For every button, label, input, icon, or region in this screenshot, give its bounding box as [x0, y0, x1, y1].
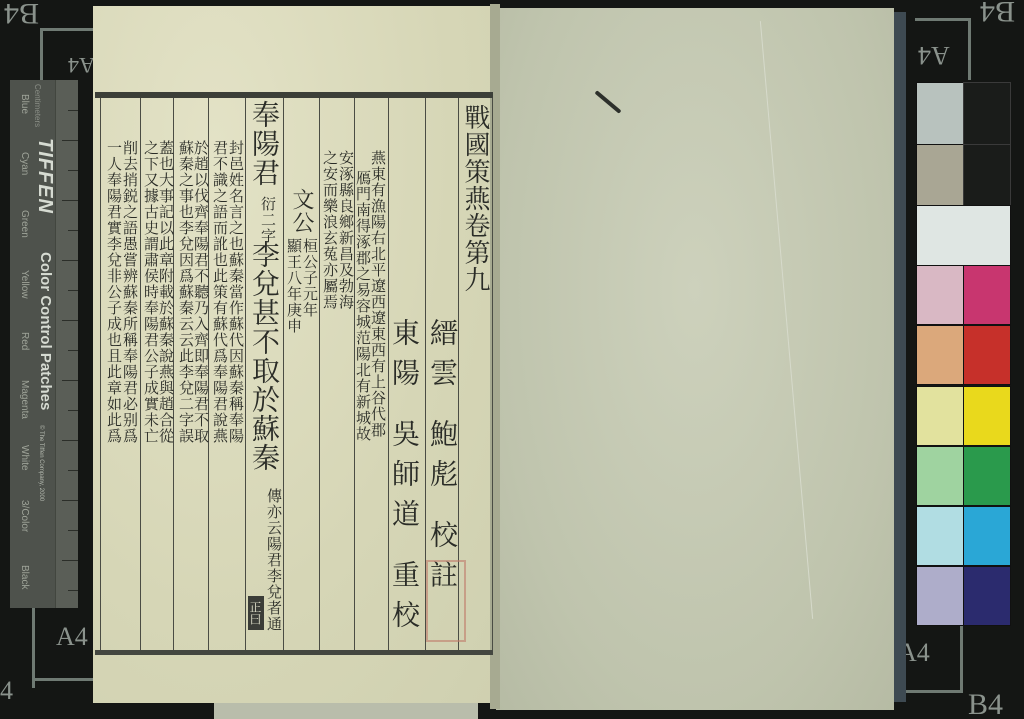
- right-page-shadow: [894, 12, 906, 702]
- column-rule: [140, 98, 141, 650]
- annotation-column: 之安而樂浪玄菟亦屬焉: [322, 150, 337, 310]
- patch-label-magenta: Magenta: [19, 380, 30, 419]
- swatch-cyan: [963, 506, 1011, 566]
- commentator-wu-shidao: 東陽 吳師道 重校: [390, 318, 418, 640]
- swatch-magenta: [963, 265, 1011, 325]
- commentary-column: 蘇秦之事也李兌因爲蘇秦云云此李兌二字誤: [178, 140, 193, 444]
- column-rule: [283, 98, 284, 650]
- page-fold-line: [760, 21, 813, 619]
- annotation-column: 衍二字: [260, 196, 275, 244]
- patch-label-black: Black: [19, 565, 30, 589]
- swatch-red: [963, 325, 1011, 385]
- centimeter-ruler: [55, 80, 78, 608]
- paper-size-label: A4: [918, 40, 950, 70]
- heading-wen-gong: 文公: [290, 188, 312, 234]
- ruler-unit-label: Centimeters: [33, 84, 42, 127]
- frame-line: [960, 625, 963, 693]
- red-seal-stamp: [426, 560, 466, 642]
- frame-line: [968, 18, 971, 80]
- heading-feng-yang-jun: 奉陽君: [250, 100, 278, 187]
- column-rule: [492, 98, 493, 650]
- paper-size-label: B4: [968, 688, 1003, 719]
- commentary-column: 封邑姓名言之也蘇秦當作蘇代因蘇秦稱奉陽: [228, 140, 243, 444]
- page-crack: [594, 90, 621, 114]
- annotation-column: 燕東有漁陽右北平遼西遼東西有上谷代郡: [370, 150, 385, 438]
- commentary-column: 削去捎鋭之語愚嘗辨蘇秦所稱奉陽君必别爲: [122, 140, 137, 444]
- column-rule: [245, 98, 246, 650]
- patch-label-yellow: Yellow: [19, 270, 30, 299]
- commentary-column: 之下又據古史謂肅侯時奉陽君公子成實未亡: [143, 140, 158, 444]
- strip-copyright: © The Tiffen Company, 2000: [38, 425, 44, 501]
- annotation-column: 傳亦云陽君李兌者通: [266, 488, 281, 632]
- frame-line: [40, 28, 43, 80]
- swatch-light-red: [916, 325, 964, 385]
- swatch-yellow: [963, 386, 1011, 446]
- page-border-bottom: [95, 650, 493, 655]
- swatch-light-cyan: [916, 506, 964, 566]
- correction-marker: 正曰: [248, 596, 264, 630]
- tiffen-color-strip: Centimeters TIFFEN Color Control Patches…: [10, 80, 78, 608]
- patch-label-red: Red: [19, 332, 30, 350]
- paper-size-label: A4: [56, 622, 88, 652]
- patch-label-cyan: Cyan: [19, 152, 30, 175]
- commentary-column: 一人奉陽君實李兌非公子成也且此章如此爲: [106, 140, 121, 444]
- swatch-blue: [963, 566, 1011, 626]
- swatch-light-blue: [916, 566, 964, 626]
- frame-line: [40, 28, 95, 31]
- patch-label-white: White: [19, 445, 30, 471]
- annotation-column: 鴈門南得涿郡之易容城范陽北有新城故: [355, 170, 370, 442]
- paper-size-label: B4: [4, 0, 39, 30]
- swatch-light-magenta: [916, 265, 964, 325]
- patch-label-3color: 3/Color: [19, 500, 30, 532]
- page-border-top: [95, 92, 493, 98]
- commentary-column: 君不識之語而訛也此策有蘇代爲奉陽君說燕: [212, 140, 227, 444]
- paper-size-label: A4: [68, 52, 95, 78]
- swatch-light-green: [916, 446, 964, 506]
- paper-size-label: B4: [980, 0, 1015, 28]
- frame-line: [32, 608, 35, 688]
- commentary-column: 於趙以伐齊奉陽君不聽乃入齊即奉陽君不取: [193, 140, 208, 444]
- main-text-column: 李兌甚不取於蘇秦: [250, 240, 278, 472]
- swatch-gray-mid: [916, 144, 964, 206]
- swatch-black: [963, 144, 1011, 206]
- commentator-bao-biao: 縉雲 鮑彪 校註: [428, 318, 456, 600]
- paper-size-label: 4: [0, 676, 13, 706]
- chapter-title: 戰國策燕卷第九: [462, 104, 488, 293]
- column-rule: [319, 98, 320, 650]
- patch-label-green: Green: [19, 210, 30, 238]
- annotation-column: 桓公子元年: [302, 238, 317, 318]
- frame-line: [915, 18, 971, 21]
- strip-title: Color Control Patches: [37, 252, 54, 410]
- commentary-column: 蓋也大事記以此章附載於蘇秦說燕與趙合從: [158, 140, 173, 444]
- swatch-gray-light: [916, 82, 964, 145]
- right-page-blank: [496, 8, 894, 710]
- annotation-column: 安涿縣良鄉新昌及勃海: [338, 150, 353, 310]
- column-rule: [100, 98, 101, 650]
- swatch-white: [916, 205, 1011, 266]
- annotation-column: 顯王八年庚申: [286, 238, 301, 334]
- swatch-light-yellow: [916, 386, 964, 446]
- tiffen-logo: TIFFEN: [33, 138, 56, 214]
- patch-label-blue: Blue: [19, 94, 30, 114]
- frame-line: [32, 678, 94, 681]
- swatch-black: [963, 82, 1011, 145]
- swatch-green: [963, 446, 1011, 506]
